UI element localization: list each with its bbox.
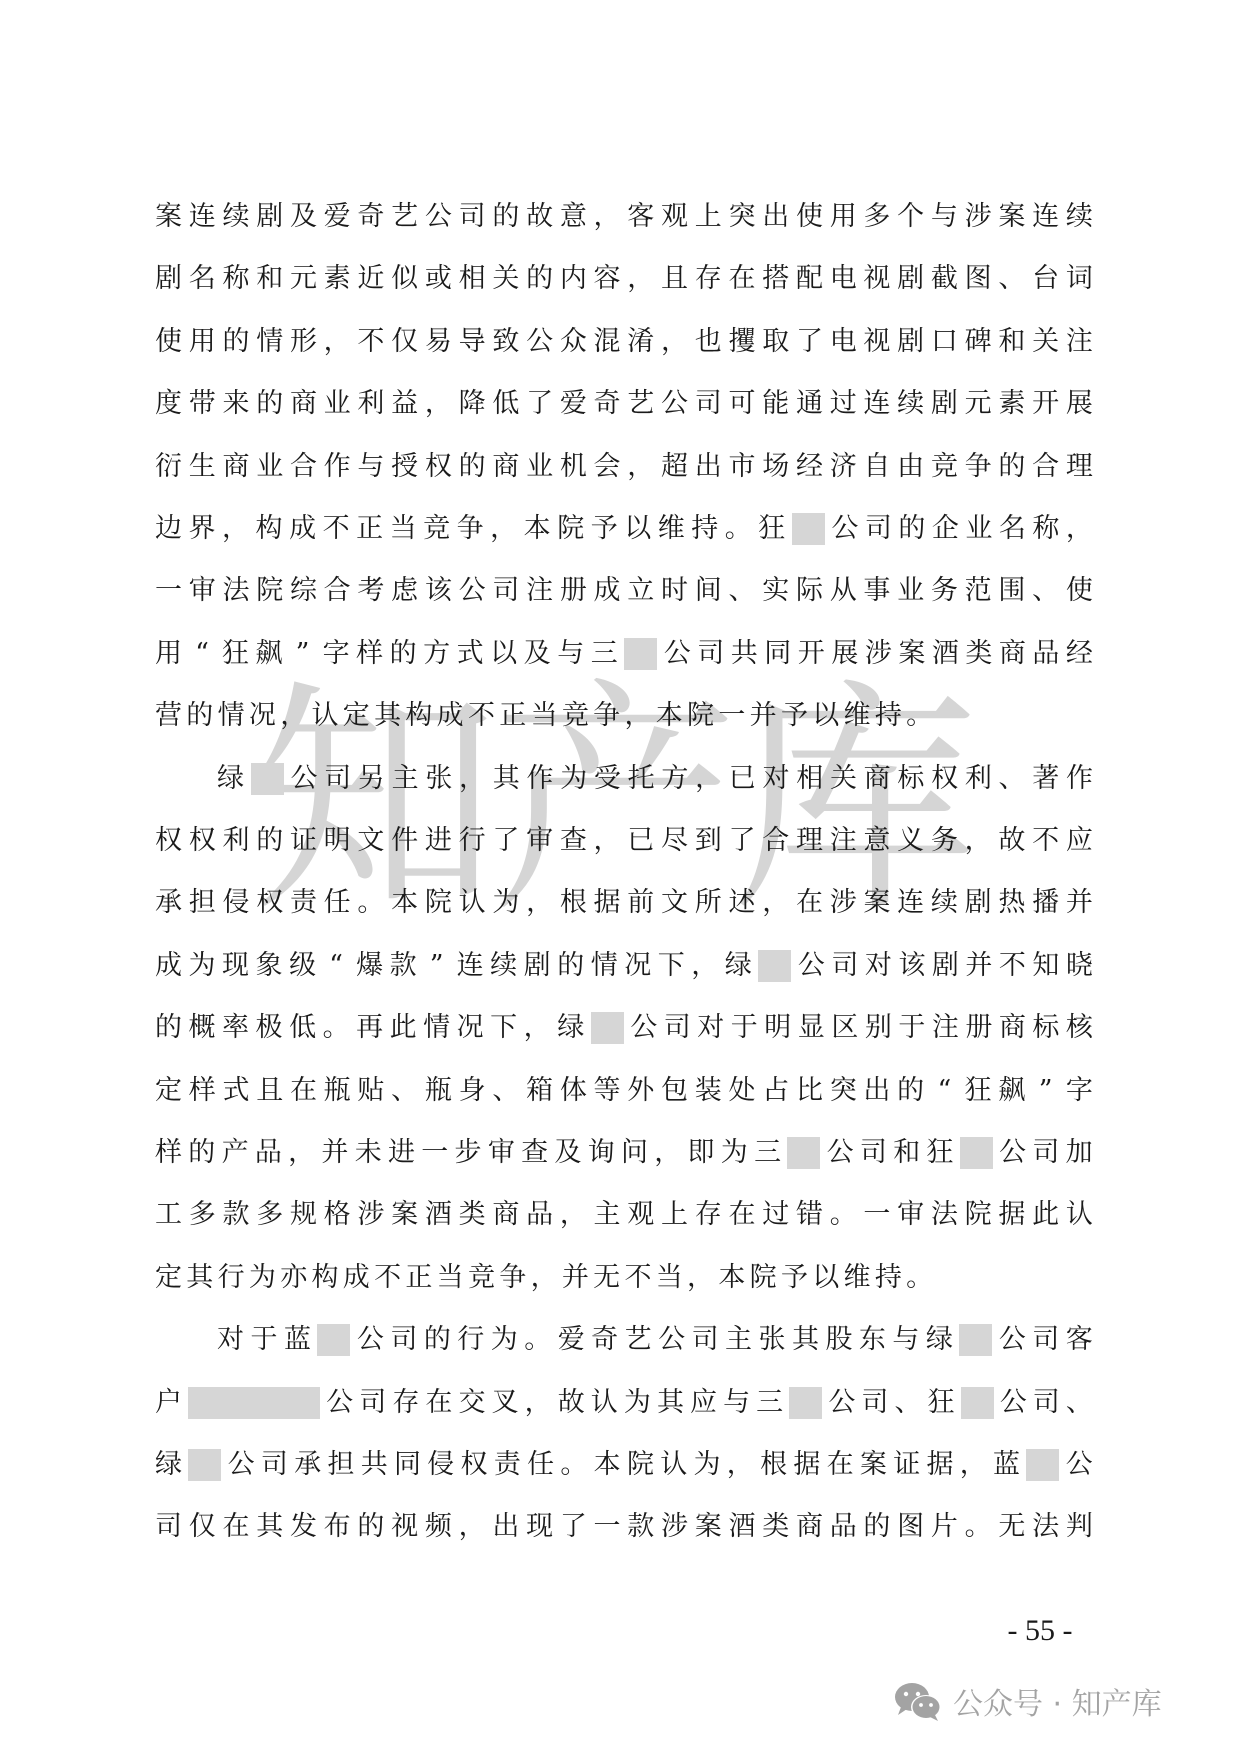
redaction-block xyxy=(792,513,825,545)
text-line: 样的产品，并未进一步审查及询问，即为三公司和狂公司加 xyxy=(155,1133,1093,1173)
redaction-block xyxy=(251,763,284,795)
text-line: 承担侵权责任。本院认为，根据前文所述，在涉案连续剧热播并 xyxy=(155,883,1093,923)
page-number: - 55 - xyxy=(985,1612,1095,1650)
text-line: 剧名称和元素近似或相关的内容，且存在搭配电视剧截图、台词 xyxy=(155,259,1093,299)
text-line: 权权利的证明文件进行了审查，已尽到了合理注意义务，故不应 xyxy=(155,821,1093,861)
document-page: 知产库 案连续剧及爱奇艺公司的故意，客观上突出使用多个与涉案连续剧名称和元素近似… xyxy=(0,0,1240,1753)
text-line: 案连续剧及爱奇艺公司的故意，客观上突出使用多个与涉案连续 xyxy=(155,197,1093,237)
redaction-block xyxy=(959,1324,992,1356)
text-line: 绿公司承担共同侵权责任。本院认为，根据在案证据，蓝公 xyxy=(155,1445,1093,1485)
text-line: 定样式且在瓶贴、瓶身、箱体等外包装处占比突出的“狂飙”字 xyxy=(155,1071,1093,1111)
footer-attribution: 公众号 · 知产库 xyxy=(893,1680,1162,1722)
text-line: 绿公司另主张，其作为受托方，已对相关商标权利、著作 xyxy=(155,759,1093,799)
wechat-icon xyxy=(893,1680,943,1722)
redaction-block xyxy=(188,1449,221,1481)
text-line: 定其行为亦构成不正当竞争，并无不当，本院予以维持。 xyxy=(155,1258,1093,1298)
text-line: 成为现象级“爆款”连续剧的情况下，绿公司对该剧并不知晓 xyxy=(155,946,1093,986)
text-line: 边界，构成不正当竞争，本院予以维持。狂公司的企业名称， xyxy=(155,509,1093,549)
redaction-block xyxy=(787,1137,820,1169)
text-line: 一审法院综合考虑该公司注册成立时间、实际从事业务范围、使 xyxy=(155,571,1093,611)
text-line: 衍生商业合作与授权的商业机会，超出市场经济自由竞争的合理 xyxy=(155,447,1093,487)
redaction-block xyxy=(1026,1449,1059,1481)
text-line: 户公司存在交叉，故认为其应与三公司、狂公司、 xyxy=(155,1383,1093,1423)
text-line: 度带来的商业利益，降低了爱奇艺公司可能通过连续剧元素开展 xyxy=(155,384,1093,424)
redaction-block xyxy=(961,1387,994,1419)
text-line: 司仅在其发布的视频，出现了一款涉案酒类商品的图片。无法判 xyxy=(155,1507,1093,1547)
redaction-block xyxy=(317,1324,350,1356)
footer-text: 公众号 · 知产库 xyxy=(953,1679,1162,1723)
redaction-block xyxy=(758,950,791,982)
redaction-block xyxy=(624,638,657,670)
redaction-block xyxy=(960,1137,993,1169)
text-line: 使用的情形，不仅易导致公众混淆，也攫取了电视剧口碑和关注 xyxy=(155,322,1093,362)
text-line: 用“狂飙”字样的方式以及与三公司共同开展涉案酒类商品经 xyxy=(155,634,1093,674)
text-line: 营的情况，认定其构成不正当竞争，本院一并予以维持。 xyxy=(155,696,1093,736)
redaction-block xyxy=(591,1012,624,1044)
redaction-block xyxy=(188,1387,320,1419)
redaction-block xyxy=(789,1387,822,1419)
text-line: 工多款多规格涉案酒类商品，主观上存在过错。一审法院据此认 xyxy=(155,1195,1093,1235)
text-line: 的概率极低。再此情况下，绿公司对于明显区别于注册商标核 xyxy=(155,1008,1093,1048)
text-line: 对于蓝公司的行为。爱奇艺公司主张其股东与绿公司客 xyxy=(155,1320,1093,1360)
